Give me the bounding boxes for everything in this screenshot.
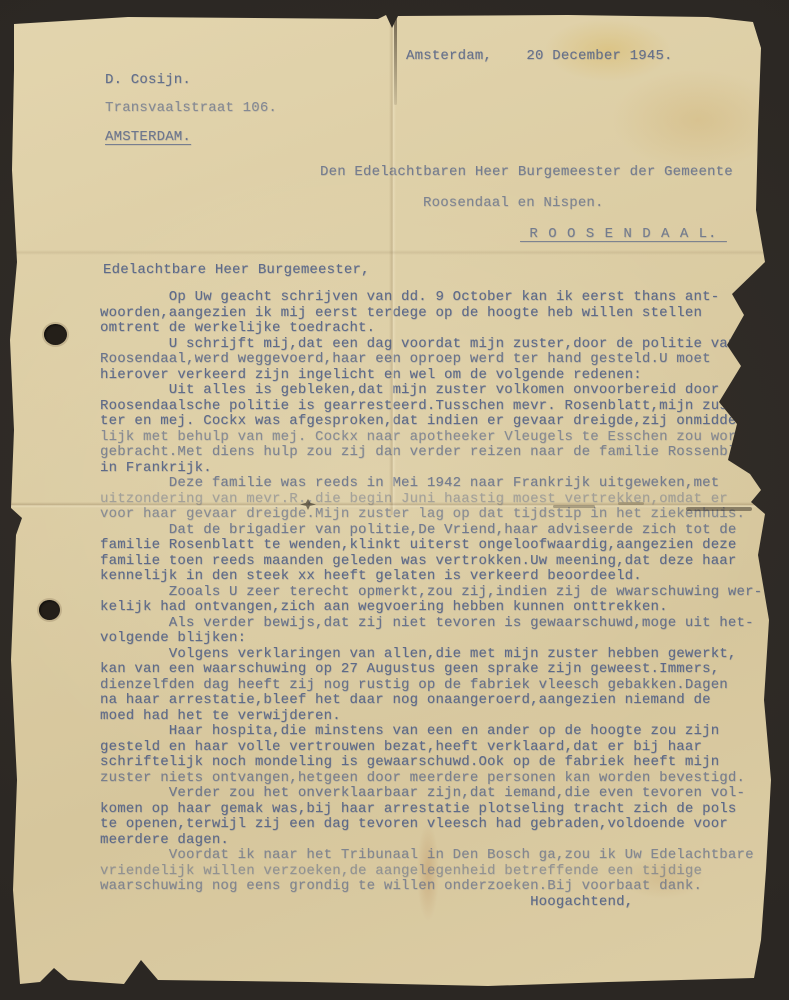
body-line: Hoogachtend, [100,895,762,911]
body-line: gesteld en haar volle vertrouwen bezat,h… [100,740,762,756]
letter-page: Amsterdam, 20 December 1945. D. Cosijn. … [8,10,774,990]
body-line: na haar arrestatie,bleef het daar nog on… [100,693,762,709]
body-line: kennelijk in den steek xx heeft gelaten … [100,569,762,585]
body-line: Verder zou het onverklaarbaar zijn,dat i… [100,786,762,802]
body-line: Haar hospita,die minstens van een en and… [100,724,762,740]
vertical-fold-crack [394,10,397,105]
body-line: Op Uw geacht schrijven van dd. 9 October… [100,290,762,306]
crease-dark-mark [618,502,644,505]
body-line: Volgens verklaringen van allen,die met m… [100,647,762,663]
horizontal-fold-crease [8,502,774,508]
body-line: in Frankrijk. [100,461,762,477]
body-line: woorden,aangezien ik mij eerst terdege o… [100,306,762,322]
punch-hole-bottom [39,600,60,620]
body-line: Voordat ik naar het Tribunaal in Den Bos… [100,848,762,864]
body-line: waarschuwing nog eens grondig te willen … [100,879,762,895]
body-line: vriendelijk willen verzoeken,de aangeleg… [100,864,762,880]
punch-hole-top [44,324,67,345]
body-line: Roosendaal,werd weggevoerd,haar een opro… [100,352,762,368]
body-line: Zooals U zeer terecht opmerkt,zou zij,in… [100,585,762,601]
body-line: moed had het te verwijderen. [100,709,762,725]
crease-dark-mark [553,505,595,508]
faint-horizontal-crease [8,250,774,255]
body-line: lijk met behulp van mej. Cockx naar apot… [100,430,762,446]
body-line: schriftelijk noch mondeling is gewaarsch… [100,755,762,771]
salutation: Edelachtbare Heer Burgemeester, [103,262,370,278]
body-line: Deze familie was reeds in Mei 1942 naar … [100,476,762,492]
letter-body: Op Uw geacht schrijven van dd. 9 October… [100,290,762,910]
body-line: gebracht.Met diens hulp zou zij dan verd… [100,445,762,461]
body-line: familie Rosenblatt te wenden,klinkt uite… [100,538,762,554]
body-line: dienzelfden dag heeft zij nog rustig op … [100,678,762,694]
body-line: Uit alles is gebleken,dat mijn zuster vo… [100,383,762,399]
sender-city: AMSTERDAM. [105,129,191,145]
body-line: ter en mej. Cockx was afgesproken,dat in… [100,414,762,430]
body-line: U schrijft mij,dat een dag voordat mijn … [100,337,762,353]
body-line: omtrent de werkelijke toedracht. [100,321,762,337]
crease-dark-mark [686,507,752,511]
sender-name: D. Cosijn. [105,72,191,88]
recipient-line-2: Roosendaal en Nispen. [423,195,604,211]
sender-street: Transvaalstraat 106. [105,100,277,116]
date-line: Amsterdam, 20 December 1945. [406,48,673,64]
body-line: Als verder bewijs,dat zij niet tevoren i… [100,616,762,632]
recipient-line-1: Den Edelachtbaren Heer Burgemeester der … [320,164,733,180]
body-line: hierover verkeerd zijn ingelicht en wel … [100,368,762,384]
body-line: Roosendaalsche politie is gearresteerd.T… [100,399,762,415]
body-line: meerdere dagen. [100,833,762,849]
body-line: kelijk had ontvangen,zich aan wegvoering… [100,600,762,616]
recipient-city: R O O S E N D A A L. [520,226,727,242]
body-line: zuster niets ontvangen,hetgeen door meer… [100,771,762,787]
body-line: voor haar gevaar dreigde.Mijn zuster lag… [100,507,762,523]
body-line: komen op haar gemak was,bij haar arresta… [100,802,762,818]
body-line: kan van een waarschuwing op 27 Augustus … [100,662,762,678]
body-line: familie toen reeds maanden geleden was v… [100,554,762,570]
body-line: te openen,terwijl zij een dag tevoren vl… [100,817,762,833]
body-line: volgende blijken: [100,631,762,647]
body-line: Dat de brigadier van politie,De Vriend,h… [100,523,762,539]
